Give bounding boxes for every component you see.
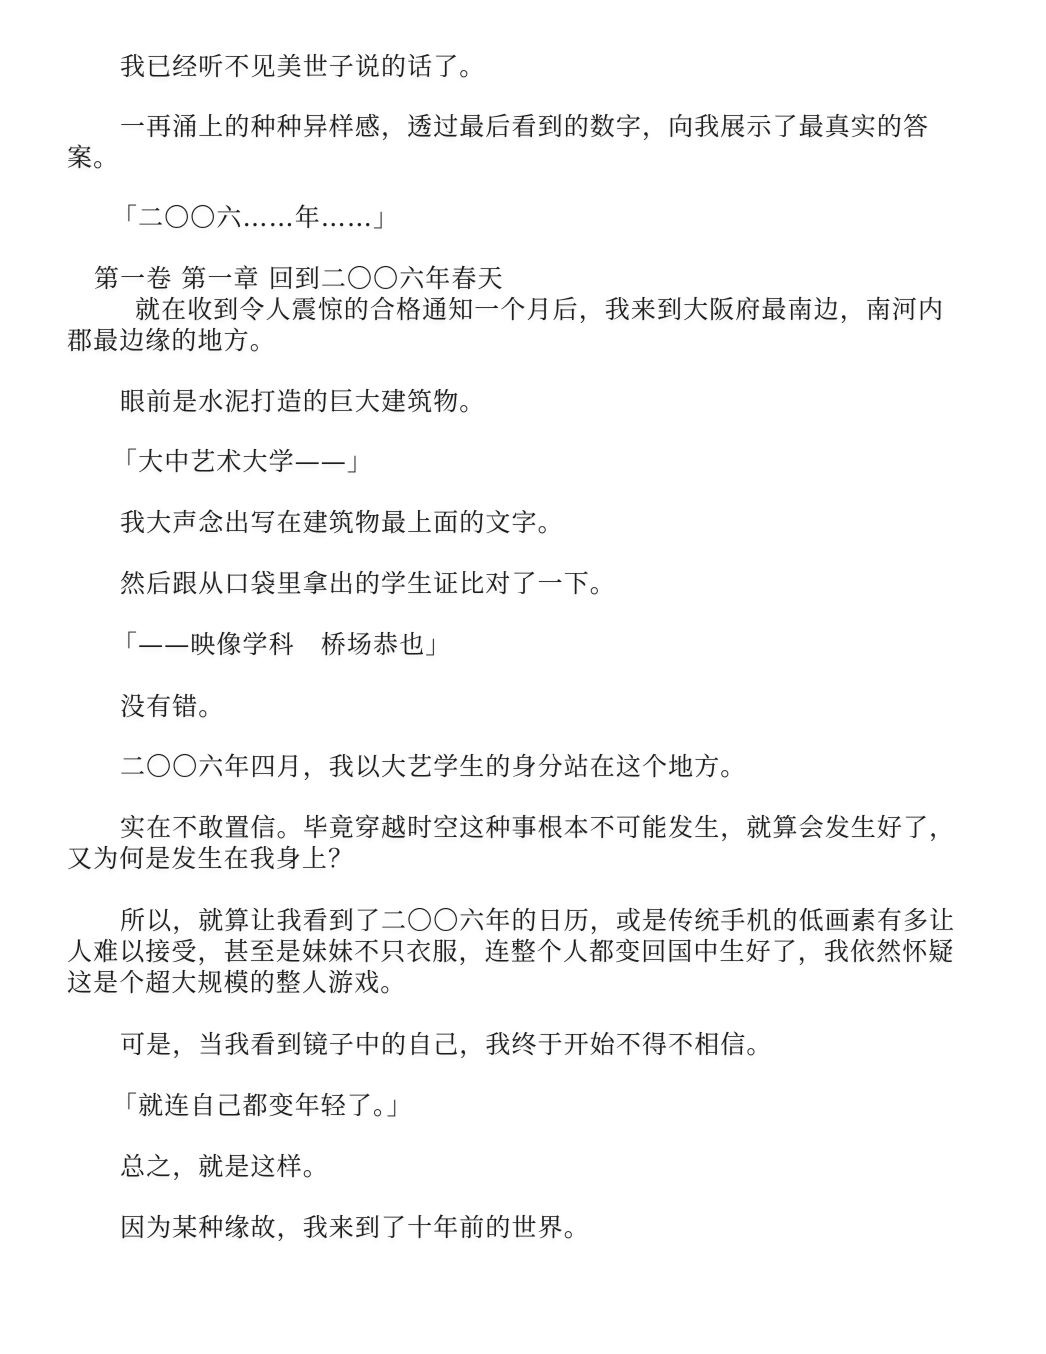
chapter-heading: 第一卷 第一章 回到二〇〇六年春天	[94, 264, 504, 294]
paragraph-line: 没有错。	[120, 692, 224, 722]
paragraph-line: 二〇〇六年四月，我以大艺学生的身分站在这个地方。	[120, 752, 746, 782]
paragraph-line: 我大声念出写在建筑物最上面的文字。	[120, 508, 564, 538]
dialogue-line: 「就连自己都变年轻了。」	[112, 1091, 413, 1121]
dialogue-line: 「——映像学科 桥场恭也」	[112, 630, 451, 660]
paragraph-line: 可是，当我看到镜子中的自己，我终于开始不得不相信。	[120, 1030, 773, 1060]
paragraph-line: 总之，就是这样。	[120, 1152, 329, 1182]
paragraph-line: 我已经听不见美世子说的话了。	[120, 52, 485, 82]
dialogue-line: 「二〇〇六……年……」	[112, 203, 399, 233]
paragraph-line: 人难以接受，甚至是妹妹不只衣服，连整个人都变回国中生好了，我依然怀疑	[67, 937, 954, 967]
paragraph-line: 郡最边缘的地方。	[67, 326, 276, 356]
paragraph-line: 一再涌上的种种异样感，透过最后看到的数字，向我展示了最真实的答	[120, 112, 929, 142]
paragraph-line: 实在不敢置信。毕竟穿越时空这种事根本不可能发生，就算会发生好了，	[120, 813, 955, 843]
paragraph-line: 因为某种缘故，我来到了十年前的世界。	[120, 1213, 590, 1243]
dialogue-line: 「大中艺术大学——」	[112, 447, 373, 477]
paragraph-line: 这是个超大规模的整人游戏。	[67, 968, 406, 998]
paragraph-line: 然后跟从口袋里拿出的学生证比对了一下。	[120, 569, 616, 599]
paragraph-line: 又为何是发生在我身上？	[67, 844, 354, 874]
paragraph-line: 案。	[67, 143, 119, 173]
document-page: 我已经听不见美世子说的话了。 一再涌上的种种异样感，透过最后看到的数字，向我展示…	[0, 0, 1046, 1354]
paragraph-line: 就在收到令人震惊的合格通知一个月后，我来到大阪府最南边，南河内	[135, 295, 944, 325]
paragraph-line: 所以，就算让我看到了二〇〇六年的日历，或是传统手机的低画素有多让	[120, 906, 955, 936]
paragraph-line: 眼前是水泥打造的巨大建筑物。	[120, 387, 485, 417]
